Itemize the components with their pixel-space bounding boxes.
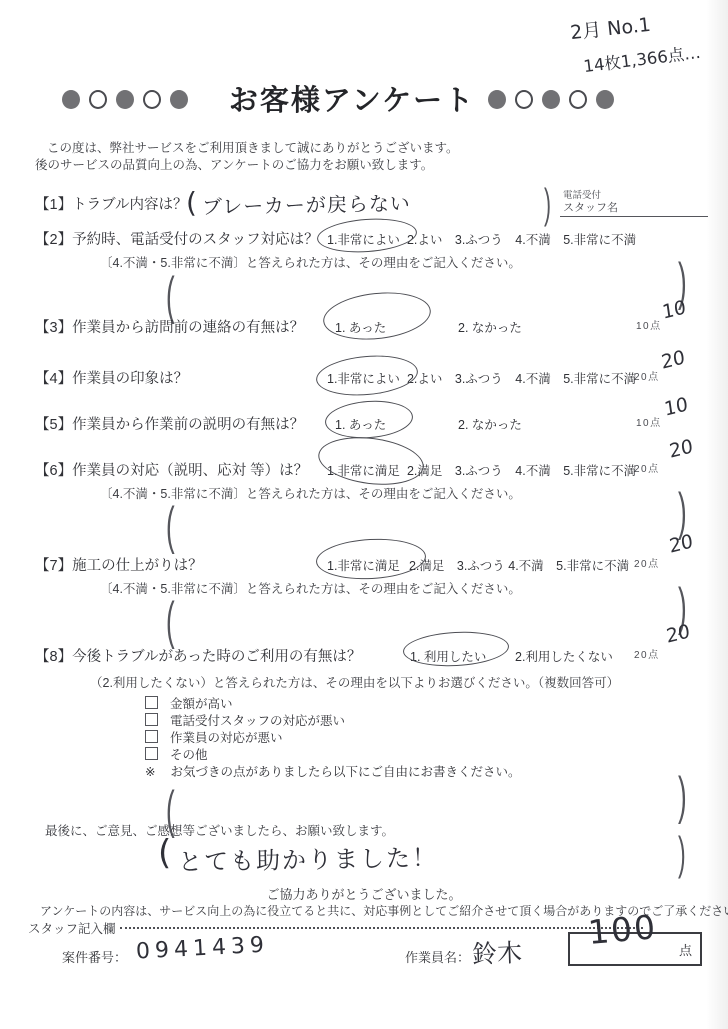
question-1-label: 【1】トラブル内容は？: [35, 193, 187, 214]
q5-handwritten-score: 10: [663, 393, 690, 421]
q7-options-rest: 2.満足 3.ふつう 4.不満 5.非常に不満: [409, 559, 629, 573]
question-5-label: 【5】作業員から作業前の説明の有無は？: [35, 413, 304, 434]
question-7-label: 【7】施工の仕上がりは？: [35, 554, 203, 575]
q1-handwritten-paren: (: [186, 186, 197, 219]
q8-free-bracket-close: ): [678, 766, 687, 826]
phone-staff-bracket: ): [544, 180, 551, 228]
question-8-label: 【8】今後トラブルがあった時のご利用の有無は？: [35, 645, 361, 666]
handwritten-worker-name: 鈴木: [471, 933, 522, 971]
handwritten-comment: とても助かりました！: [178, 838, 439, 878]
q8-option-2: 2.利用したくない: [515, 647, 613, 665]
dot-icon: [143, 90, 161, 109]
survey-sheet: 2月 No.1 14枚1,366点… お客様アンケート この度は、弊社サービスを…: [0, 0, 728, 1029]
closing-request: 最後に、ご意見、ご感想等ございましたら、お願い致します。: [45, 821, 394, 839]
dot-icon: [596, 90, 614, 109]
q2-options-rest: 2.よい 3.ふつう 4.不満 5.非常に不満: [407, 233, 636, 247]
staff-section-dotted-line: [120, 927, 643, 929]
q3-option-2: 2. なかった: [458, 318, 522, 336]
reference-mark: ※: [145, 765, 155, 779]
phone-staff-name-line: [560, 216, 708, 217]
dot-icon: [170, 90, 188, 109]
checkbox-icon: [145, 747, 158, 760]
q8-points-label: 20点: [634, 646, 660, 661]
q8-checkbox-label-3: 作業員の対応が悪い: [170, 731, 283, 745]
q7-answer-circle: [315, 536, 427, 582]
question-2-reason-note: 〔4.不満・5.非常に不満〕と答えられた方は、その理由をご記入ください。: [100, 253, 521, 271]
checkbox-icon: [145, 696, 158, 709]
q8-checkbox-row-1: 金額が高い: [145, 694, 233, 712]
q5-answer-circle: [324, 398, 414, 441]
question-3-label: 【3】作業員から訪問前の連絡の有無は？: [35, 316, 304, 337]
comment-handwritten-paren-open: (: [158, 833, 171, 873]
q2-answer-circle: [316, 216, 418, 256]
dot-icon: [542, 90, 560, 109]
dot-icon: [569, 90, 587, 109]
q1-handwritten-answer: ブレーカーが戻らない: [202, 187, 411, 220]
question-6-label: 【6】作業員の対応（説明、応対 等）は？: [35, 459, 308, 480]
dot-icon: [89, 90, 107, 109]
handwritten-total-score: 100: [586, 907, 658, 952]
question-4-label: 【4】作業員の印象は？: [35, 367, 188, 388]
q3-points-label: 10点: [636, 317, 662, 332]
question-7-reason-note: 〔4.不満・5.非常に不満〕と答えられた方は、その理由をご記入ください。: [100, 579, 521, 597]
q8-checkbox-row-2: 電話受付スタッフの対応が悪い: [145, 711, 345, 729]
q8-handwritten-score: 20: [665, 620, 692, 648]
dot-icon: [515, 90, 533, 109]
q7-points-label: 20点: [634, 555, 660, 570]
q8-free-note-text: お気づきの点がありましたら以下にご自由にお書きください。: [170, 765, 520, 779]
q6-reason-bracket-open: (: [166, 496, 175, 556]
handwritten-case-number: 0941439: [135, 933, 269, 965]
handwritten-top-note-2: 14枚1,366点…: [582, 39, 702, 77]
q8-checkbox-label-1: 金額が高い: [170, 697, 233, 711]
q8-free-note-row: ※お気づきの点がありましたら以下にご自由にお書きください。: [145, 762, 521, 780]
intro-line-2: 後のサービスの品質向上の為、アンケートのご協力をお願い致します。: [35, 155, 433, 173]
q4-points-label: 20点: [634, 368, 660, 383]
dot-icon: [62, 90, 80, 109]
header-dots-right: [488, 90, 623, 114]
q4-handwritten-score: 20: [660, 346, 687, 374]
q3-handwritten-score: 10: [661, 296, 688, 324]
q8-answer-circle: [402, 629, 510, 669]
q5-option-2: 2. なかった: [458, 415, 522, 433]
comment-bracket-close: ): [678, 826, 686, 880]
q6-points-label: 20点: [634, 460, 660, 475]
q7-handwritten-score: 20: [668, 530, 695, 558]
page-title: お客様アンケート: [212, 78, 492, 119]
header-dots-left: [62, 90, 197, 114]
q6-options-rest: 2.満足 3.ふつう 4.不満 5.非常に不満: [407, 464, 636, 478]
question-6-reason-note: 〔4.不満・5.非常に不満〕と答えられた方は、その理由をご記入ください。: [100, 484, 521, 502]
staff-section-label: スタッフ記入欄: [28, 919, 116, 937]
thanks-text: ご協力ありがとうございました。: [0, 884, 728, 903]
q8-checkbox-label-2: 電話受付スタッフの対応が悪い: [170, 714, 345, 728]
q8-checkbox-label-4: その他: [170, 748, 208, 762]
question-8-sub-note: （2.利用したくない）と答えられた方は、その理由を以下よりお選びください。（複数…: [90, 673, 619, 691]
dot-icon: [116, 90, 134, 109]
q7-reason-bracket-open: (: [166, 591, 175, 651]
handwritten-top-note-1: 2月 No.1: [569, 10, 652, 45]
q8-checkbox-row-4: その他: [145, 745, 208, 763]
intro-line-1: この度は、弊社サービスをご利用頂きまして誠にありがとうございます。: [47, 138, 459, 156]
q5-points-label: 10点: [636, 414, 662, 429]
q8-checkbox-row-3: 作業員の対応が悪い: [145, 728, 283, 746]
worker-name-label: 作業員名：: [405, 947, 470, 966]
question-2-label: 【2】予約時、電話受付のスタッフ対応は？: [35, 228, 319, 249]
q4-options-rest: 2.よい 3.ふつう 4.不満 5.非常に不満: [407, 372, 636, 386]
phone-staff-label-2: スタッフ名: [563, 199, 618, 215]
q4-answer-circle: [314, 352, 419, 400]
q6-answer-circle: [316, 432, 427, 491]
score-unit-label: 点: [679, 940, 692, 959]
checkbox-icon: [145, 713, 158, 726]
q6-handwritten-score: 20: [668, 435, 695, 463]
case-number-label: 案件番号：: [62, 947, 127, 966]
dot-icon: [488, 90, 506, 109]
checkbox-icon: [145, 730, 158, 743]
